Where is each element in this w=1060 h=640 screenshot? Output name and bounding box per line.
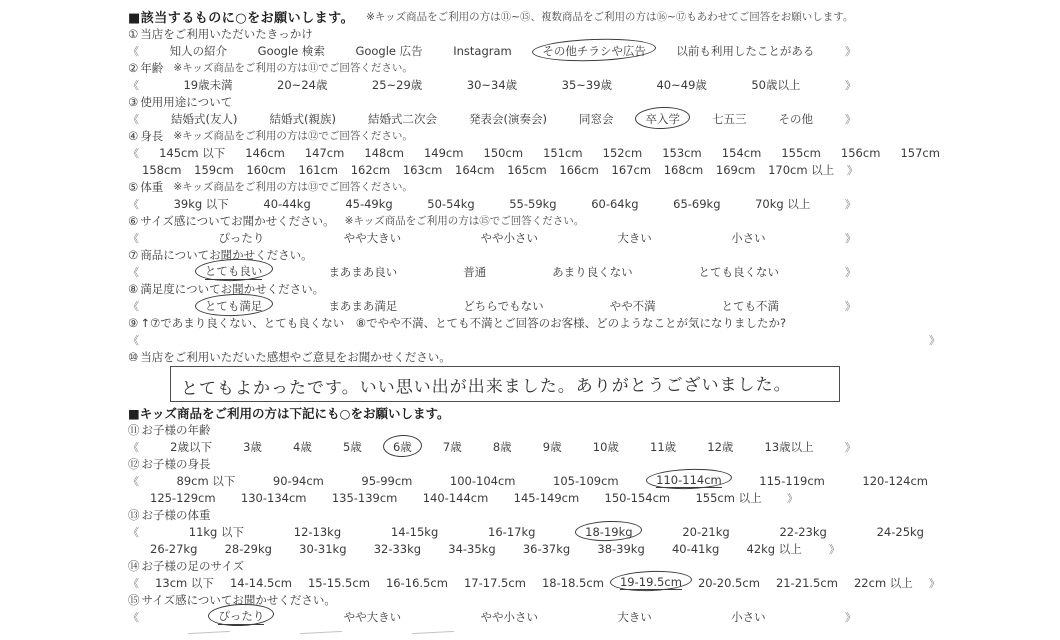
question-title: 商品についてお聞かせください。 bbox=[140, 247, 312, 263]
option: 結婚式二次会 bbox=[368, 111, 437, 127]
question-title: 身長 bbox=[140, 128, 163, 144]
option-circled: 18-19kg bbox=[585, 525, 632, 539]
option: 11kg 以下 bbox=[189, 524, 244, 540]
option: 22-23kg bbox=[779, 525, 826, 539]
option: 160cm bbox=[246, 163, 285, 177]
option: 21-21.5cm bbox=[776, 576, 838, 590]
bracket-close: 》 bbox=[845, 43, 856, 59]
option: 40-44kg bbox=[263, 197, 310, 211]
question-15: ⑮サイズ感についてお聞かせください。《ぴったりやや大きいやや小さい大きい小さい》 bbox=[128, 591, 1060, 625]
question-number: ⑪ bbox=[128, 422, 140, 438]
option: 結婚式(親族) bbox=[269, 111, 335, 127]
option: 24-25kg bbox=[877, 525, 924, 539]
option: 七五三 bbox=[712, 111, 747, 127]
option: 170cm 以上 bbox=[768, 162, 834, 178]
option: とても不満 bbox=[722, 298, 780, 314]
option: 163cm bbox=[403, 163, 442, 177]
option: 8歳 bbox=[493, 439, 512, 455]
bracket-close: 》 bbox=[845, 230, 856, 246]
bracket-close: 》 bbox=[845, 298, 856, 314]
question-options-row: 《知人の紹介Google 検索Google 広告Instagramその他チラシや… bbox=[128, 42, 856, 59]
bracket-close: 》 bbox=[845, 609, 856, 625]
option: Google 検索 bbox=[258, 43, 325, 59]
option: やや小さい bbox=[480, 609, 538, 625]
question-6: ⑥サイズ感についてお聞かせください。※キッズ商品をご利用の方は⑮でご回答ください… bbox=[128, 212, 1060, 246]
option: その他 bbox=[778, 111, 813, 127]
option: 14-14.5cm bbox=[230, 576, 292, 590]
option: 40~49歳 bbox=[656, 77, 706, 93]
question-9: ⑨↑⑦であまり良くない、とても良くない ⑧でやや不満、とても不満とご回答のお客様… bbox=[128, 314, 1060, 348]
option: 4歳 bbox=[293, 439, 312, 455]
question-title: 体重 bbox=[140, 179, 163, 195]
option: 154cm bbox=[722, 146, 761, 160]
question-options-row: 《145cm 以下146cm147cm148cm149cm150cm151cm1… bbox=[128, 144, 940, 161]
question-kids-note: ※キッズ商品をご利用の方は⑫でご回答ください。 bbox=[173, 128, 413, 143]
option: 12歳 bbox=[707, 439, 733, 455]
question-title: 当店をご利用いただいた感想やご意見をお聞かせください。 bbox=[140, 349, 451, 365]
question-title-line: ⑫お子様の身長 bbox=[128, 455, 1060, 472]
option: 小さい bbox=[731, 609, 766, 625]
question-title: お子様の身長 bbox=[142, 456, 211, 472]
question-kids-note: ※キッズ商品をご利用の方は⑪でご回答ください。 bbox=[173, 60, 413, 75]
option: 100-104cm bbox=[450, 474, 516, 488]
question-number: ⑮ bbox=[128, 592, 140, 608]
option: やや大きい bbox=[344, 230, 402, 246]
option: 38-39kg bbox=[597, 542, 644, 556]
option: 151cm bbox=[543, 146, 582, 160]
option: 20-20.5cm bbox=[698, 576, 760, 590]
option: 145-149cm bbox=[514, 491, 580, 505]
option: 同窓会 bbox=[579, 111, 614, 127]
option: まあまあ満足 bbox=[328, 298, 397, 314]
question-5: ⑤体重※キッズ商品をご利用の方は⑬でご回答ください。《39kg 以下40-44k… bbox=[128, 178, 1060, 212]
question-title: 年齢 bbox=[140, 60, 163, 76]
question-options-row: 《19歳未満20~24歳25~29歳30~34歳35~39歳40~49歳50歳以… bbox=[128, 76, 856, 93]
bracket-close: 》 bbox=[845, 264, 856, 280]
question-options-row: 158cm159cm160cm161cm162cm163cm164cm165cm… bbox=[142, 161, 858, 178]
question-3: ③使用用途について《結婚式(友人)結婚式(親族)結婚式二次会発表会(演奏会)同窓… bbox=[128, 93, 1060, 127]
question-options-row: 《39kg 以下40-44kg45-49kg50-54kg55-59kg60-6… bbox=[128, 195, 856, 212]
option: 135-139cm bbox=[332, 491, 398, 505]
option-circled: とても良い bbox=[205, 263, 263, 280]
question-title-line: ⑮サイズ感についてお聞かせください。 bbox=[128, 591, 1060, 608]
option: 65-69kg bbox=[673, 197, 720, 211]
section2-header: ■キッズ商品をご利用の方は下記にも○をお願いします。 bbox=[128, 404, 1060, 421]
option: 28-29kg bbox=[225, 542, 272, 556]
question-title: 使用用途について bbox=[140, 94, 232, 110]
option: 45-49kg bbox=[345, 197, 392, 211]
option: 50歳以上 bbox=[751, 77, 800, 93]
question-number: ⑬ bbox=[128, 507, 140, 523]
option: 162cm bbox=[351, 163, 390, 177]
option: 149cm bbox=[424, 146, 463, 160]
question-number: ④ bbox=[128, 129, 138, 143]
option: 26-27kg bbox=[150, 542, 197, 556]
option: 145cm 以下 bbox=[159, 145, 225, 161]
option: 155cm bbox=[781, 146, 820, 160]
option: 159cm bbox=[194, 163, 233, 177]
option: 140-144cm bbox=[423, 491, 489, 505]
option: 7歳 bbox=[443, 439, 462, 455]
question-7: ⑦商品についてお聞かせください。《とても良いまあまあ良い普通あまり良くないとても… bbox=[128, 246, 1060, 280]
option: 32-33kg bbox=[374, 542, 421, 556]
option: 40-41kg bbox=[672, 542, 719, 556]
question-kids-note: ※キッズ商品をご利用の方は⑮でご回答ください。 bbox=[345, 213, 585, 228]
survey-page: ■該当するものに○をお願いします。 ※キッズ商品をご利用の方は⑪~⑮、複数商品を… bbox=[0, 0, 1060, 633]
option: 13cm 以下 bbox=[155, 575, 214, 591]
section2-title: ■キッズ商品をご利用の方は下記にも○をお願いします。 bbox=[128, 404, 449, 422]
question-options-row: 《とても良いまあまあ良い普通あまり良くないとても良くない》 bbox=[128, 263, 856, 280]
option: 168cm bbox=[664, 163, 703, 177]
question-number: ⑦ bbox=[128, 248, 138, 262]
bracket-open: 《 bbox=[128, 111, 139, 127]
bracket-close: 》 bbox=[845, 196, 856, 212]
option: 2歳以下 bbox=[170, 439, 212, 455]
option-circled: とても満足 bbox=[205, 298, 263, 314]
comment-box: とてもよかったです。いい思い出が出来ました。ありがとうございました。 bbox=[170, 366, 840, 402]
option: 95-99cm bbox=[361, 474, 412, 488]
option: 70kg 以上 bbox=[755, 196, 810, 212]
option: 42kg 以上 bbox=[747, 541, 802, 557]
question-options-row: 125-129cm130-134cm135-139cm140-144cm145-… bbox=[150, 489, 798, 506]
option: 14-15kg bbox=[391, 525, 438, 539]
bracket-close: 》 bbox=[845, 439, 856, 455]
question-11: ⑪お子様の年齢《2歳以下3歳4歳5歳6歳7歳8歳9歳10歳11歳12歳13歳以上… bbox=[128, 421, 1060, 455]
option: 30~34歳 bbox=[467, 77, 517, 93]
option: Google 広告 bbox=[355, 43, 422, 59]
option: 19歳未満 bbox=[183, 77, 232, 93]
option: 20-21kg bbox=[682, 525, 729, 539]
option: 36-37kg bbox=[523, 542, 570, 556]
section2-questions: ⑪お子様の年齢《2歳以下3歳4歳5歳6歳7歳8歳9歳10歳11歳12歳13歳以上… bbox=[128, 421, 1060, 625]
question-title: お子様の年齢 bbox=[142, 422, 211, 438]
option: 164cm bbox=[455, 163, 494, 177]
option: 152cm bbox=[603, 146, 642, 160]
question-title: サイズ感についてお聞かせください。 bbox=[140, 213, 334, 229]
question-title-line: ④身長※キッズ商品をご利用の方は⑫でご回答ください。 bbox=[128, 127, 1060, 144]
question-options-row: 26-27kg28-29kg30-31kg32-33kg34-35kg36-37… bbox=[150, 540, 840, 557]
question-number: ⑧ bbox=[128, 282, 138, 296]
option: 5歳 bbox=[343, 439, 362, 455]
option: 125-129cm bbox=[150, 491, 216, 505]
option: 150cm bbox=[484, 146, 523, 160]
option: 90-94cm bbox=[273, 474, 324, 488]
option: 13歳以上 bbox=[765, 439, 814, 455]
bracket-close: 》 bbox=[929, 575, 940, 591]
option: 以前も利用したことがある bbox=[676, 43, 814, 59]
question-options-row: 《ぴったりやや大きいやや小さい大きい小さい》 bbox=[128, 229, 856, 246]
question-kids-note: ※キッズ商品をご利用の方は⑬でご回答ください。 bbox=[173, 179, 413, 194]
question-title-line: ⑧満足度についてお聞かせください。 bbox=[128, 280, 1060, 297]
bracket-open: 《 bbox=[128, 332, 139, 348]
option-circled: ぴったり bbox=[218, 608, 264, 625]
question-14: ⑭お子様の足のサイズ《13cm 以下14-14.5cm15-15.5cm16-1… bbox=[128, 557, 1060, 591]
question-title-line: ⑭お子様の足のサイズ bbox=[128, 557, 1060, 574]
question-number: ① bbox=[128, 27, 138, 41]
option: 16-17kg bbox=[488, 525, 535, 539]
section1-title: ■該当するものに○をお願いします。 bbox=[128, 7, 354, 26]
bracket-close: 》 bbox=[829, 541, 840, 557]
option: 115-119cm bbox=[759, 474, 825, 488]
option: 148cm bbox=[364, 146, 403, 160]
option: 17-17.5cm bbox=[464, 576, 526, 590]
option: あまり良くない bbox=[552, 264, 633, 280]
option: 3歳 bbox=[243, 439, 262, 455]
option: 結婚式(友人) bbox=[171, 111, 237, 127]
option: 大きい bbox=[617, 230, 652, 246]
option-circled: 卒入学 bbox=[645, 111, 680, 127]
option: 55-59kg bbox=[509, 197, 556, 211]
option: 50-54kg bbox=[427, 197, 474, 211]
question-options-row: 《2歳以下3歳4歳5歳6歳7歳8歳9歳10歳11歳12歳13歳以上》 bbox=[128, 438, 856, 455]
option: 60-64kg bbox=[591, 197, 638, 211]
option: 30-31kg bbox=[299, 542, 346, 556]
option: 12-13kg bbox=[294, 525, 341, 539]
question-title: お子様の足のサイズ bbox=[142, 558, 245, 574]
option-circled: 6歳 bbox=[393, 439, 412, 455]
question-12: ⑫お子様の身長《89cm 以下90-94cm95-99cm100-104cm10… bbox=[128, 455, 1060, 506]
question-options-row: 《結婚式(友人)結婚式(親族)結婚式二次会発表会(演奏会)同窓会卒入学七五三その… bbox=[128, 110, 856, 127]
option: 156cm bbox=[841, 146, 880, 160]
option: 39kg 以下 bbox=[174, 196, 229, 212]
question-options-row: 《ぴったりやや大きいやや小さい大きい小さい》 bbox=[128, 608, 856, 625]
bracket-close: 》 bbox=[787, 490, 798, 506]
option: 130-134cm bbox=[241, 491, 307, 505]
option: 20~24歳 bbox=[277, 77, 327, 93]
option: 165cm bbox=[507, 163, 546, 177]
option: 153cm bbox=[662, 146, 701, 160]
option: 89cm 以下 bbox=[177, 473, 236, 489]
question-4: ④身長※キッズ商品をご利用の方は⑫でご回答ください。《145cm 以下146cm… bbox=[128, 127, 1060, 178]
question-title-line: ②年齢※キッズ商品をご利用の方は⑪でご回答ください。 bbox=[128, 59, 1060, 76]
question-title: ↑⑦であまり良くない、とても良くない ⑧でやや不満、とても不満とご回答のお客様、… bbox=[140, 315, 786, 331]
question-10: ⑩当店をご利用いただいた感想やご意見をお聞かせください。とてもよかったです。いい… bbox=[128, 348, 1060, 402]
option: やや小さい bbox=[480, 230, 538, 246]
option: 22cm 以上 bbox=[854, 575, 913, 591]
question-title-line: ⑪お子様の年齢 bbox=[128, 421, 1060, 438]
option: 発表会(演奏会) bbox=[469, 111, 547, 127]
section1-questions: ①当店をご利用いただいたきっかけ《知人の紹介Google 検索Google 広告… bbox=[128, 25, 1060, 402]
cut-off-row bbox=[188, 625, 1060, 633]
bracket-open: 《 bbox=[128, 439, 139, 455]
question-number: ⑩ bbox=[128, 350, 138, 364]
bracket-open: 《 bbox=[128, 609, 139, 625]
bracket-open: 《 bbox=[128, 264, 139, 280]
question-title: サイズ感についてお聞かせください。 bbox=[142, 592, 336, 608]
question-title: お子様の体重 bbox=[142, 507, 211, 523]
option: 18-18.5cm bbox=[542, 576, 604, 590]
bracket-close: 》 bbox=[845, 77, 856, 93]
option: まあまあ良い bbox=[328, 264, 397, 280]
bracket-open: 《 bbox=[128, 575, 139, 591]
question-title: 当店をご利用いただいたきっかけ bbox=[140, 26, 313, 42]
question-title-line: ⑨↑⑦であまり良くない、とても良くない ⑧でやや不満、とても不満とご回答のお客様… bbox=[128, 314, 1060, 331]
option: 小さい bbox=[731, 230, 766, 246]
option: 大きい bbox=[617, 609, 652, 625]
bracket-open: 《 bbox=[128, 77, 139, 93]
option: 10歳 bbox=[593, 439, 619, 455]
bracket-close: 》 bbox=[847, 162, 858, 178]
option: 15-15.5cm bbox=[308, 576, 370, 590]
option: 34-35kg bbox=[448, 542, 495, 556]
question-title-line: ⑤体重※キッズ商品をご利用の方は⑬でご回答ください。 bbox=[128, 178, 1060, 195]
option: Instagram bbox=[453, 44, 512, 58]
question-1: ①当店をご利用いただいたきっかけ《知人の紹介Google 検索Google 広告… bbox=[128, 25, 1060, 59]
question-2: ②年齢※キッズ商品をご利用の方は⑪でご回答ください。《19歳未満20~24歳25… bbox=[128, 59, 1060, 93]
option: 105-109cm bbox=[553, 474, 619, 488]
option: 161cm bbox=[299, 163, 338, 177]
option: 25~29歳 bbox=[372, 77, 422, 93]
option: 11歳 bbox=[650, 439, 676, 455]
option: 155cm 以上 bbox=[695, 490, 761, 506]
option: 知人の紹介 bbox=[170, 43, 228, 59]
option: とても良くない bbox=[699, 264, 780, 280]
bracket-close: 》 bbox=[845, 111, 856, 127]
bracket-open: 《 bbox=[128, 298, 139, 314]
bracket-close: 》 bbox=[929, 332, 940, 348]
bracket-open: 《 bbox=[128, 43, 139, 59]
question-8: ⑧満足度についてお聞かせください。《とても満足まあまあ満足どちらでもないやや不満… bbox=[128, 280, 1060, 314]
question-options-row: 《89cm 以下90-94cm95-99cm100-104cm105-109cm… bbox=[128, 472, 928, 489]
question-number: ③ bbox=[128, 95, 138, 109]
question-title: 満足度についてお聞かせください。 bbox=[140, 281, 324, 297]
question-number: ⑫ bbox=[128, 456, 140, 472]
option: やや大きい bbox=[344, 609, 402, 625]
option: 120-124cm bbox=[862, 474, 928, 488]
question-title-line: ⑩当店をご利用いただいた感想やご意見をお聞かせください。 bbox=[128, 348, 1060, 365]
question-title-line: ⑦商品についてお聞かせください。 bbox=[128, 246, 1060, 263]
section1-header: ■該当するものに○をお願いします。 ※キッズ商品をご利用の方は⑪~⑮、複数商品を… bbox=[128, 8, 1060, 25]
bracket-open: 《 bbox=[128, 145, 139, 161]
question-number: ② bbox=[128, 61, 138, 75]
option: 157cm bbox=[900, 146, 939, 160]
question-title-line: ①当店をご利用いただいたきっかけ bbox=[128, 25, 1060, 42]
option: 普通 bbox=[463, 264, 486, 280]
question-number: ⑤ bbox=[128, 180, 138, 194]
question-options-row: 《13cm 以下14-14.5cm15-15.5cm16-16.5cm17-17… bbox=[128, 574, 940, 591]
option: 167cm bbox=[612, 163, 651, 177]
bracket-open: 《 bbox=[128, 230, 139, 246]
handwritten-comment: とてもよかったです。いい思い出が出来ました。ありがとうございました。 bbox=[181, 369, 792, 398]
option: 169cm bbox=[716, 163, 755, 177]
question-13: ⑬お子様の体重《11kg 以下12-13kg14-15kg16-17kg18-1… bbox=[128, 506, 1060, 557]
question-number: ⑭ bbox=[128, 558, 140, 574]
option-circled: 110-114cm bbox=[656, 473, 722, 488]
option: どちらでもない bbox=[463, 298, 543, 314]
bracket-open: 《 bbox=[128, 473, 139, 489]
option-circled: その他チラシや広告 bbox=[542, 43, 646, 59]
question-options-row: 《とても満足まあまあ満足どちらでもないやや不満とても不満》 bbox=[128, 297, 856, 314]
question-title-line: ⑥サイズ感についてお聞かせください。※キッズ商品をご利用の方は⑮でご回答ください… bbox=[128, 212, 1060, 229]
option: ぴったり bbox=[218, 230, 264, 246]
bracket-open: 《 bbox=[128, 524, 139, 540]
option: 9歳 bbox=[543, 439, 562, 455]
option: 166cm bbox=[559, 163, 598, 177]
question-title-line: ③使用用途について bbox=[128, 93, 1060, 110]
option: 146cm bbox=[245, 146, 284, 160]
option: 16-16.5cm bbox=[386, 576, 448, 590]
question-title-line: ⑬お子様の体重 bbox=[128, 506, 1060, 523]
question-number: ⑥ bbox=[128, 214, 138, 228]
question-number: ⑨ bbox=[128, 316, 138, 330]
option: 147cm bbox=[305, 146, 344, 160]
bracket-open: 《 bbox=[128, 196, 139, 212]
option: やや不満 bbox=[610, 298, 656, 314]
question-options-row: 《11kg 以下12-13kg14-15kg16-17kg18-19kg20-2… bbox=[128, 523, 924, 540]
option: 35~39歳 bbox=[562, 77, 612, 93]
question-options-row: 《》 bbox=[128, 331, 940, 348]
section1-note: ※キッズ商品をご利用の方は⑪~⑮、複数商品をご利用の方は⑯~⑰もあわせてご回答を… bbox=[366, 9, 853, 24]
option-circled: 19-19.5cm bbox=[620, 575, 682, 590]
option: 158cm bbox=[142, 163, 181, 177]
option: 150-154cm bbox=[605, 491, 671, 505]
